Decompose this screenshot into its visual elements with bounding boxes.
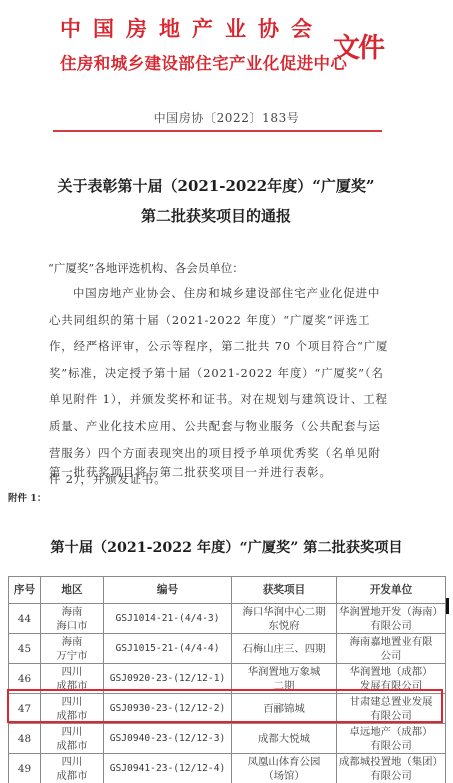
cell-region: 四川成都市 — [41, 754, 104, 783]
cell-code: GSJ0930-23-(12/12-2) — [104, 694, 232, 724]
project-line-1: 百郦锦城 — [234, 702, 334, 716]
project-line-2: 二期 — [234, 679, 334, 693]
cell-region: 海南海口市 — [41, 604, 104, 634]
cell-project: 海口华润中心二期东悦府 — [232, 604, 337, 634]
project-line-1: 石梅山庄三、四期 — [234, 642, 334, 656]
developer-line-1: 华润置地（成都） — [339, 665, 443, 679]
doc-title-line-2: 第二批获奖项目的通报 — [0, 205, 432, 226]
developer-line-2: 有限公司 — [339, 769, 443, 783]
cell-no: 48 — [9, 724, 41, 754]
developer-line-1: 卓远地产（成都） — [339, 725, 443, 739]
cell-no: 49 — [9, 754, 41, 783]
cell-developer: 海南嘉地置业有限公司 — [337, 634, 446, 664]
cursor-mark — [446, 598, 449, 614]
doc-title-line-1: 关于表彰第十届（2021-2022年度）“广厦奖” — [0, 175, 432, 196]
cell-code: GSJ1015-21-(4/4-4) — [104, 634, 232, 664]
project-line-2: （场馆） — [234, 769, 334, 783]
cell-developer: 成都城投置地（集团）有限公司 — [337, 754, 446, 783]
cell-no: 46 — [9, 664, 41, 694]
developer-line-2: 有限公司 — [339, 619, 443, 633]
header-developer: 开发单位 — [337, 577, 446, 604]
cell-developer: 华润置地开发（海南）有限公司 — [337, 604, 446, 634]
doc-number: 中国房协〔2022〕183号 — [0, 109, 453, 126]
region-province: 海南 — [43, 605, 101, 619]
project-line-1: 海口华润中心二期 — [234, 605, 334, 619]
region-province: 四川 — [43, 755, 101, 769]
region-city: 万宁市 — [43, 649, 101, 663]
region-province: 海南 — [43, 635, 101, 649]
red-divider — [53, 130, 382, 132]
cell-region: 四川成都市 — [41, 724, 104, 754]
cell-code: GSJ0940-23-(12/12-3) — [104, 724, 232, 754]
cell-code: GSJ0920-23-(12/12-1) — [104, 664, 232, 694]
cell-project: 成都大悦城 — [232, 724, 337, 754]
cell-code: GSJ0941-23-(12/12-4) — [104, 754, 232, 783]
project-line-2: 东悦府 — [234, 619, 334, 633]
cell-project: 石梅山庄三、四期 — [232, 634, 337, 664]
table-row-highlighted: 47 四川成都市 GSJ0930-23-(12/12-2) 百郦锦城 甘肃建总置… — [9, 694, 446, 724]
developer-line-1: 海南嘉地置业有限 — [339, 635, 443, 649]
header-project: 获奖项目 — [232, 577, 337, 604]
developer-line-1: 华润置地开发（海南） — [339, 605, 443, 619]
project-line-1: 华润置地万象城 — [234, 665, 334, 679]
developer-line-2: 公司 — [339, 649, 443, 663]
region-province: 四川 — [43, 725, 101, 739]
letterhead-org-1: 中国房地产业协会 — [60, 13, 340, 43]
region-city: 成都市 — [43, 769, 101, 783]
region-city: 成都市 — [43, 679, 101, 693]
cell-region: 四川成都市 — [41, 664, 104, 694]
header-code: 编号 — [104, 577, 232, 604]
region-province: 四川 — [43, 665, 101, 679]
letterhead-doc-type: 文件 — [333, 26, 383, 65]
region-city: 成都市 — [43, 739, 101, 753]
table-title: 第十届（2021-2022 年度）“广厦奖” 第二批获奖项目 — [0, 537, 453, 557]
attachment-label: 附件 1： — [8, 490, 46, 504]
cell-code: GSJ1014-21-(4/4-3) — [104, 604, 232, 634]
cell-no: 44 — [9, 604, 41, 634]
cell-project: 华润置地万象城二期 — [232, 664, 337, 694]
table-row: 46 四川成都市 GSJ0920-23-(12/12-1) 华润置地万象城二期 … — [9, 664, 446, 694]
cell-region: 四川成都市 — [41, 694, 104, 724]
header-no: 序号 — [9, 577, 41, 604]
project-line-1: 成都大悦城 — [234, 732, 334, 746]
cell-developer: 华润置地（成都）发展有限公司 — [337, 664, 446, 694]
cell-developer: 甘肃建总置业发展有限公司 — [337, 694, 446, 724]
cell-project: 凤凰山体育公园（场馆） — [232, 754, 337, 783]
region-city: 海口市 — [43, 619, 101, 633]
table-header-row: 序号 地区 编号 获奖项目 开发单位 — [9, 577, 446, 604]
cell-developer: 卓远地产（成都）有限公司 — [337, 724, 446, 754]
cell-no: 45 — [9, 634, 41, 664]
region-province: 四川 — [43, 695, 101, 709]
table-row: 44 海南海口市 GSJ1014-21-(4/4-3) 海口华润中心二期东悦府 … — [9, 604, 446, 634]
letterhead-org-2: 住房和城乡建设部住宅产业化促进中心 — [60, 50, 340, 74]
developer-line-2: 有限公司 — [339, 709, 443, 723]
cell-region: 海南万宁市 — [41, 634, 104, 664]
table-row: 48 四川成都市 GSJ0940-23-(12/12-3) 成都大悦城 卓远地产… — [9, 724, 446, 754]
table-row: 45 海南万宁市 GSJ1015-21-(4/4-4) 石梅山庄三、四期 海南嘉… — [9, 634, 446, 664]
project-line-1: 凤凰山体育公园 — [234, 755, 334, 769]
body-paragraph-1: 中国房地产业协会、住房和城乡建设部住宅产业化促进中心共同组织的第十届（2021-… — [49, 280, 389, 493]
header-region: 地区 — [41, 577, 104, 604]
region-city: 成都市 — [43, 709, 101, 723]
developer-line-2: 有限公司 — [339, 739, 443, 753]
developer-line-1: 成都城投置地（集团） — [339, 755, 443, 769]
salutation: “广厦奖”各地评选机构、各会员单位： — [48, 260, 244, 276]
table-row: 49 四川成都市 GSJ0941-23-(12/12-4) 凤凰山体育公园（场馆… — [9, 754, 446, 783]
awards-table: 序号 地区 编号 获奖项目 开发单位 44 海南海口市 GSJ1014-21-(… — [8, 576, 446, 783]
developer-line-1: 甘肃建总置业发展 — [339, 695, 443, 709]
developer-line-2: 发展有限公司 — [339, 679, 443, 693]
cell-no: 47 — [9, 694, 41, 724]
cell-project: 百郦锦城 — [232, 694, 337, 724]
body-paragraph-2: 第一批获奖项目将与第二批获奖项目一并进行表彰。 — [49, 464, 389, 480]
